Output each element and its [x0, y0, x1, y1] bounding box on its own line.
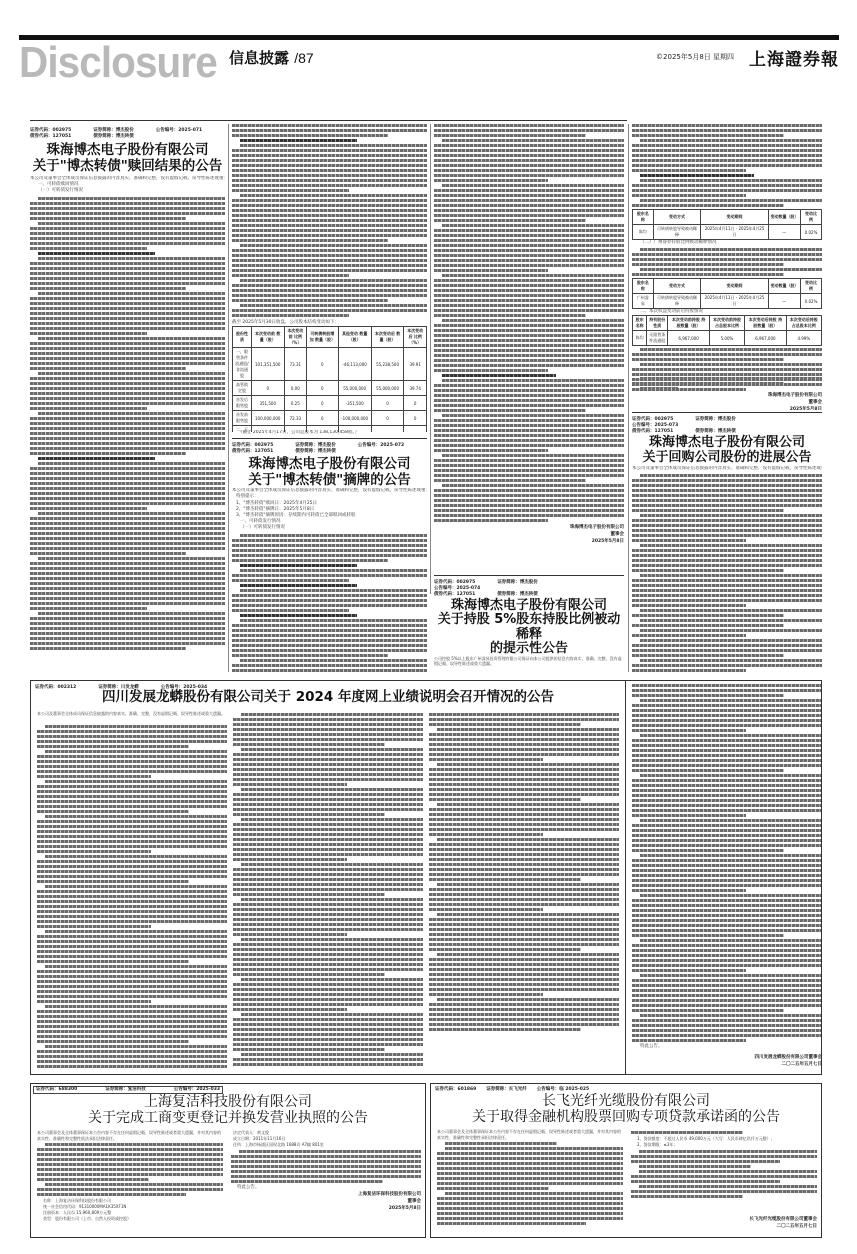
table-cell: 0 — [404, 396, 427, 411]
table-cell: 2025年4月11日 - 2025年4月25日 — [701, 294, 768, 309]
article-bojie-delisting: （截止 2025年4月17日，公司总股本为 138,130,458股。） 证券代… — [232, 430, 427, 674]
article-title: 珠海博杰电子股份有限公司 关于持股 5%股东持股比例被动稀释 的提示性公告 — [434, 599, 624, 656]
table-header: 股份性质 — [233, 327, 252, 348]
table-row: 首发前限售股100,000,00072.330-100,000,00000 — [233, 411, 427, 426]
column-divider — [430, 124, 431, 594]
table-cell: 101,351,500 — [251, 348, 284, 381]
table-header: 本次变动后 比例（%） — [404, 327, 427, 348]
table-cell: 39.91 — [404, 348, 427, 381]
masthead: Disclosure 信息披露 /87 ©2025年5月8日 星期四 上海證券報 — [19, 42, 839, 84]
article-body — [434, 124, 624, 522]
signature-date: 2025年5月8日 — [434, 538, 624, 545]
stock-abbr: 证券简称：博杰股份 — [695, 417, 736, 423]
table-row: 陈均可转债转股导致被动稀释2025年4月11日 - 2025年4月25日—0.0… — [633, 225, 822, 240]
license-field: 类型：股份有限公司（上市、自然人投资或控股） — [43, 1216, 223, 1222]
table-row: 陈均无限售条件流通股6,967,0005.00%6,967,0004.99% — [633, 331, 822, 346]
table-cell: 73.31 — [284, 348, 307, 381]
signature: 珠海博杰电子股份有限公司 董事会 2025年5月8日 — [434, 524, 624, 545]
table-cell: 0 — [307, 381, 338, 396]
table-header: 本次变动前 数量（股） — [251, 327, 284, 348]
title-line-2: 关于取得金融机构股票回购专项贷款承诺函的公告 — [431, 1109, 821, 1125]
loan-term: 2、贷款期限：≤3年； — [637, 1142, 817, 1148]
table-cell: 陈均 — [633, 331, 647, 346]
article-longmang-briefing: 证券代码：002312证券简称：川发龙蟒公告编号：2025-034 四川发展龙蟒… — [30, 680, 626, 1075]
article-title: 珠海博杰电子股份有限公司 关于"博杰转债"摘牌的公告 — [232, 457, 427, 488]
bond-code: 债券代码：127051 — [30, 134, 71, 140]
table-cell: 351,500 — [251, 396, 284, 411]
table-cell: 无限售条件流通股 — [647, 331, 668, 346]
stock-codes: 证券代码：002975证券简称：博杰股份公告编号：2025-074 债券代码：1… — [434, 580, 624, 598]
table-cell: 5.00% — [709, 331, 744, 346]
article-intro: 本公司董事会及全体董事保证本公告内容不存在任何虚假记载、误导性陈述或者重大遗漏，… — [37, 1130, 223, 1141]
table-cell: 一、限售条件流通股/非流通股 — [233, 348, 252, 381]
signature: 珠海博杰电子股份有限公司 董事会 2025年5月8日 — [632, 392, 822, 410]
table-header: 变动期间 — [701, 210, 768, 225]
table-header: 本次变动后持股 持股数量（股） — [745, 316, 786, 331]
table-cell: 4.99% — [786, 331, 821, 346]
article-body — [232, 124, 427, 317]
article-bojie-dilution-continued: 股东名称变动方式变动期间变动数量（股）变动比例 陈均可转债转股导致被动稀释202… — [632, 122, 822, 412]
stock-codes: 证券代码：688300证券简称：复洁科技公告编号：2025-033 — [33, 1086, 223, 1094]
dateline: ©2025年5月8日 星期四 — [656, 52, 734, 62]
bond-abbr: 债券简称：博杰转债 — [295, 449, 336, 455]
article-title: 长飞光纤光缆股份有限公司 关于取得金融机构股票回购专项贷款承诺函的公告 — [431, 1093, 821, 1125]
change-table-guangzhou-ruisheng: 股东名称变动方式变动期间变动数量（股）变动比例 广州睿昇可转债转股导致被动稀释2… — [632, 278, 822, 309]
table-header: 本次变动前持股 占总股本比例 — [709, 316, 744, 331]
stock-abbr: 证券简称：博杰股份 — [497, 580, 538, 586]
stock-abbr: 证券简称：复洁科技 — [105, 1087, 146, 1093]
article-bojie-redemption-continued: 截至 2025年5月30日收盘，公司股本结构变动如下： 股份性质 本次变动前 数… — [232, 122, 427, 432]
signature-board: 董事会 — [632, 399, 822, 406]
table-header: 本次变动前 比例（%） — [284, 327, 307, 348]
table-cell: 0.00 — [284, 381, 307, 396]
article-body-col-2 — [233, 711, 423, 1068]
article-intro: 本公司及董事会全体成员保证信息披露的内容真实、准确、完整，没有虚假记载、误导性陈… — [37, 711, 227, 717]
table-header: 变动方式 — [653, 210, 701, 225]
table-cell: 0.02% — [801, 294, 822, 309]
column-divider — [628, 124, 629, 672]
title-line-2: 关于持股 5%股东持股比例被动稀释 — [434, 613, 624, 642]
article-bojie-dilution-signature: 珠海博杰电子股份有限公司 董事会 2025年5月8日 — [632, 375, 822, 410]
table-cell: 100,000,000 — [251, 411, 284, 426]
table-cell: 55,238,500 — [371, 348, 404, 381]
table-header: 股东名称 — [633, 279, 654, 294]
title-line-2: 关于完成工商变更登记并换发营业执照的公告 — [31, 1110, 425, 1126]
article-body-col-1: 本公司董事会及全体董事保证本公告内容不存在任何虚假记载、误导性陈述或者重大遗漏，… — [437, 1129, 623, 1234]
announcement-number: 公告编号：2025-071 — [156, 128, 202, 134]
article-fujie-business-license: 证券代码：688300证券简称：复洁科技公告编号：2025-033 上海复洁科技… — [30, 1083, 426, 1238]
article-yofc-buyback-loan: 证券代码：601869证券简称：长飞光纤公告编号：临 2025-025 长飞光纤… — [430, 1083, 822, 1238]
title-line-2: 关于回购公司股份的进展公告 — [632, 451, 822, 466]
table-cell: 55,000,000 — [338, 381, 371, 396]
section-title: 信息披露 /87 — [229, 47, 314, 68]
article-body — [30, 197, 225, 650]
signature-board: 董事会 — [434, 531, 624, 538]
table-cell: 陈均 — [633, 225, 654, 240]
title-line-2: 关于"博杰转债"摘牌的公告 — [232, 473, 427, 489]
table-header: 本次变动后持股 占总股本比例 — [786, 316, 821, 331]
article-body — [632, 124, 822, 207]
table-cell: 6,967,000 — [745, 331, 786, 346]
article-body-col-1: 本公司董事会及全体董事保证本公告内容不存在任何虚假记载、误导性陈述或者重大遗漏，… — [37, 1130, 223, 1235]
article-title: 上海复洁科技股份有限公司 关于完成工商变更登记并换发营业执照的公告 — [31, 1094, 425, 1126]
signature: 长飞光纤光缆股份有限公司董事会 二〇二五年五月七日 — [631, 1216, 817, 1230]
table-cell: 39.74 — [404, 381, 427, 396]
disclosure-logo: Disclosure — [19, 42, 217, 84]
announcement-number: 公告编号：2025-033 — [174, 1087, 220, 1093]
bond-abbr: 债券简称：博杰转债 — [93, 134, 134, 140]
holdings-table: 股东名称持有股份性质本次变动前持股 持股数量（股）本次变动前持股 占总股本比例本… — [632, 315, 822, 346]
table-cell: 55,000,000 — [371, 381, 404, 396]
title-line-1: 珠海博杰电子股份有限公司 — [632, 436, 822, 451]
table-cell: 首发前限售股 — [233, 411, 252, 426]
table-row: 一、限售条件流通股/非流通股101,351,50073.310-46,113,0… — [233, 348, 427, 381]
title-line-3: 的提示性公告 — [434, 642, 624, 656]
table-row: 高管锁定股00.00055,000,00055,000,00039.74 — [233, 381, 427, 396]
table-row: 广州睿昇可转债转股导致被动稀释2025年4月11日 - 2025年4月25日—0… — [633, 294, 822, 309]
section-name: 信息披露 — [229, 49, 289, 67]
newspaper-logo: 上海證券報 — [749, 45, 839, 70]
table-header: 股东名称 — [633, 210, 654, 225]
table-cell: 0 — [371, 396, 404, 411]
table-cell: 0 — [251, 381, 284, 396]
change-table-chen-jun: 股东名称变动方式变动期间变动数量（股）变动比例 陈均可转债转股导致被动稀释202… — [632, 209, 822, 240]
table-cell: 可转债转股导致被动稀释 — [653, 294, 701, 309]
article-body-col-2: 1、贷款额度：不超过人民币 49,000万元（大写：人民币肆亿玖仟万元整）； 2… — [631, 1129, 817, 1234]
article-body-col-3 — [429, 711, 619, 1068]
table-cell: 0 — [307, 396, 338, 411]
table-cell: 0 — [307, 411, 338, 426]
table-cell: 0 — [307, 348, 338, 381]
article-intro: 本公司及董事会全体成员保证信息披露的内容真实、准确和完整，没有虚假记载、误导性陈… — [632, 466, 822, 472]
column-divider — [228, 124, 229, 672]
title-line-1: 上海复洁科技股份有限公司 — [31, 1094, 425, 1110]
table-header: 变动数量（股） — [768, 210, 801, 225]
table-cell: 可转债转股导致被动稀释 — [653, 225, 701, 240]
table-header: 股东名称 — [633, 316, 647, 331]
table-cell: 0.25 — [284, 396, 307, 411]
table-header: 持有股份性质 — [647, 316, 668, 331]
table-header: 变动方式 — [653, 279, 701, 294]
table-cell: 首发后限售股 — [233, 396, 252, 411]
page-number: /87 — [294, 50, 313, 66]
title-line-1: 珠海博杰电子股份有限公司 — [232, 457, 427, 473]
title-line-1: 长飞光纤光缆股份有限公司 — [431, 1093, 821, 1109]
share-structure-table: 股份性质 本次变动前 数量（股） 本次变动前 比例（%） 可转债转股增加 数量（… — [232, 326, 427, 432]
title-line-1: 珠海博杰电子股份有限公司 — [30, 143, 225, 159]
article-body — [632, 474, 822, 672]
table-header: 可转债转股增加 数量（股） — [307, 327, 338, 348]
table-cell: -46,113,000 — [338, 348, 371, 381]
signature-company: 上海复洁环保科技股份有限公司 — [231, 1191, 421, 1198]
article-body-col-1 — [37, 723, 227, 1068]
table-header: 变动比例 — [801, 279, 822, 294]
table-header: 本次变动后 数量（股） — [371, 327, 404, 348]
article-bojie-redemption: 证券代码：002975证券简称：博杰股份公告编号：2025-071 债券代码：1… — [30, 122, 225, 674]
signature-company: 珠海博杰电子股份有限公司 — [434, 524, 624, 531]
stock-codes: 证券代码：002975证券简称：博杰股份公告编号：2025-073 债券代码：1… — [632, 417, 822, 435]
announcement-number: 公告编号：2025-072 — [358, 443, 404, 449]
table-cell: 6,967,000 — [668, 331, 709, 346]
table-cell: — — [768, 294, 801, 309]
stock-code: 证券代码：688300 — [36, 1087, 77, 1093]
article-body-col-2: 法定代表人：黄文俊 成立日期：2011年11月16日 住所：上海市杨浦区国权北路… — [231, 1130, 421, 1235]
table-header: 本次变动前持股 持股数量（股） — [668, 316, 709, 331]
table-cell: 2025年4月11日 - 2025年4月25日 — [701, 225, 768, 240]
table-cell: 高管锁定股 — [233, 381, 252, 396]
article-body — [232, 534, 427, 674]
article-title: 珠海博杰电子股份有限公司 关于"博杰转债"赎回结果的公告 — [30, 143, 225, 174]
section-heading: （一）可转债发行情况 — [38, 188, 225, 194]
table-cell: -100,000,000 — [338, 411, 371, 426]
article-bojie-buyback: 证券代码：002975证券简称：博杰股份公告编号：2025-073 债券代码：1… — [632, 412, 822, 674]
signature-date: 二〇二五年五月七日 — [631, 1223, 817, 1230]
signature-board: 董事会 — [231, 1198, 421, 1205]
signature-date: 2025年5月8日 — [231, 1205, 421, 1212]
article-body — [632, 248, 822, 276]
table-cell: 72.33 — [284, 411, 307, 426]
signature: 上海复洁环保科技股份有限公司 董事会 2025年5月8日 — [231, 1191, 421, 1212]
table-cell: 0.02% — [801, 225, 822, 240]
table-cell: 0 — [371, 411, 404, 426]
signature-company: 珠海博杰电子股份有限公司 — [632, 392, 822, 399]
article-title: 四川发展龙蟒股份有限公司关于 2024 年度网上业绩说明会召开情况的公告 — [31, 690, 625, 706]
table-header: 变动比例 — [801, 210, 822, 225]
article-title: 珠海博杰电子股份有限公司 关于回购公司股份的进展公告 — [632, 436, 822, 466]
article-bojie-delisting-continued: 珠海博杰电子股份有限公司 董事会 2025年5月8日 — [434, 122, 624, 594]
table-cell: 广州睿昇 — [633, 294, 654, 309]
title-line-2: 关于"博杰转债"赎回结果的公告 — [30, 159, 225, 175]
signature-company: 长飞光纤光缆股份有限公司董事会 — [631, 1216, 817, 1223]
table-header: 变动期间 — [701, 279, 768, 294]
note-above: （截止 2025年4月17日，公司总股本为 138,130,458股。） — [238, 430, 427, 436]
table-cell: 0 — [404, 411, 427, 426]
section-heading: （二）广州睿昇持股比例被动稀释情况 — [640, 240, 822, 246]
article-body — [632, 377, 822, 390]
article-intro: 本公司董事会及全体董事保证本公告内容不存在任何虚假记载、误导性陈述或者重大遗漏，… — [437, 1129, 623, 1140]
section-heading: （一）可转债发行情况 — [240, 525, 427, 531]
table-cell: — — [768, 225, 801, 240]
signature-date: 2025年5月8日 — [632, 406, 822, 410]
article-longmang-right-frame — [626, 680, 822, 1075]
stock-codes: 证券代码：002975证券简称：博杰股份公告编号：2025-072 债券代码：1… — [232, 443, 427, 455]
license-field: 住所：上海市杨浦区国权北路 1688弄 A7幢 801室 — [233, 1142, 421, 1148]
article-intro: 本公司及董事会全体成员保证信息披露的内容真实、准确和完整，没有虚假记载、误导性陈… — [232, 488, 427, 494]
table-header: 其他变动 数量（股） — [338, 327, 371, 348]
article-intro: 公司控股 5%以上股东广州睿昇投资管理有限公司保证向本公司提供的信息内容真实、准… — [434, 656, 624, 666]
table-cell: -351,500 — [338, 396, 371, 411]
table-row: 首发后限售股351,5000.250-351,50000 — [233, 396, 427, 411]
stock-codes: 证券代码：002975证券简称：博杰股份公告编号：2025-071 债券代码：1… — [30, 128, 225, 140]
article-bojie-dilution: 证券代码：002975证券简称：博杰股份公告编号：2025-074 债券代码：1… — [434, 575, 624, 675]
table-header: 变动数量（股） — [768, 279, 801, 294]
bond-code: 债券代码：127051 — [232, 449, 273, 455]
